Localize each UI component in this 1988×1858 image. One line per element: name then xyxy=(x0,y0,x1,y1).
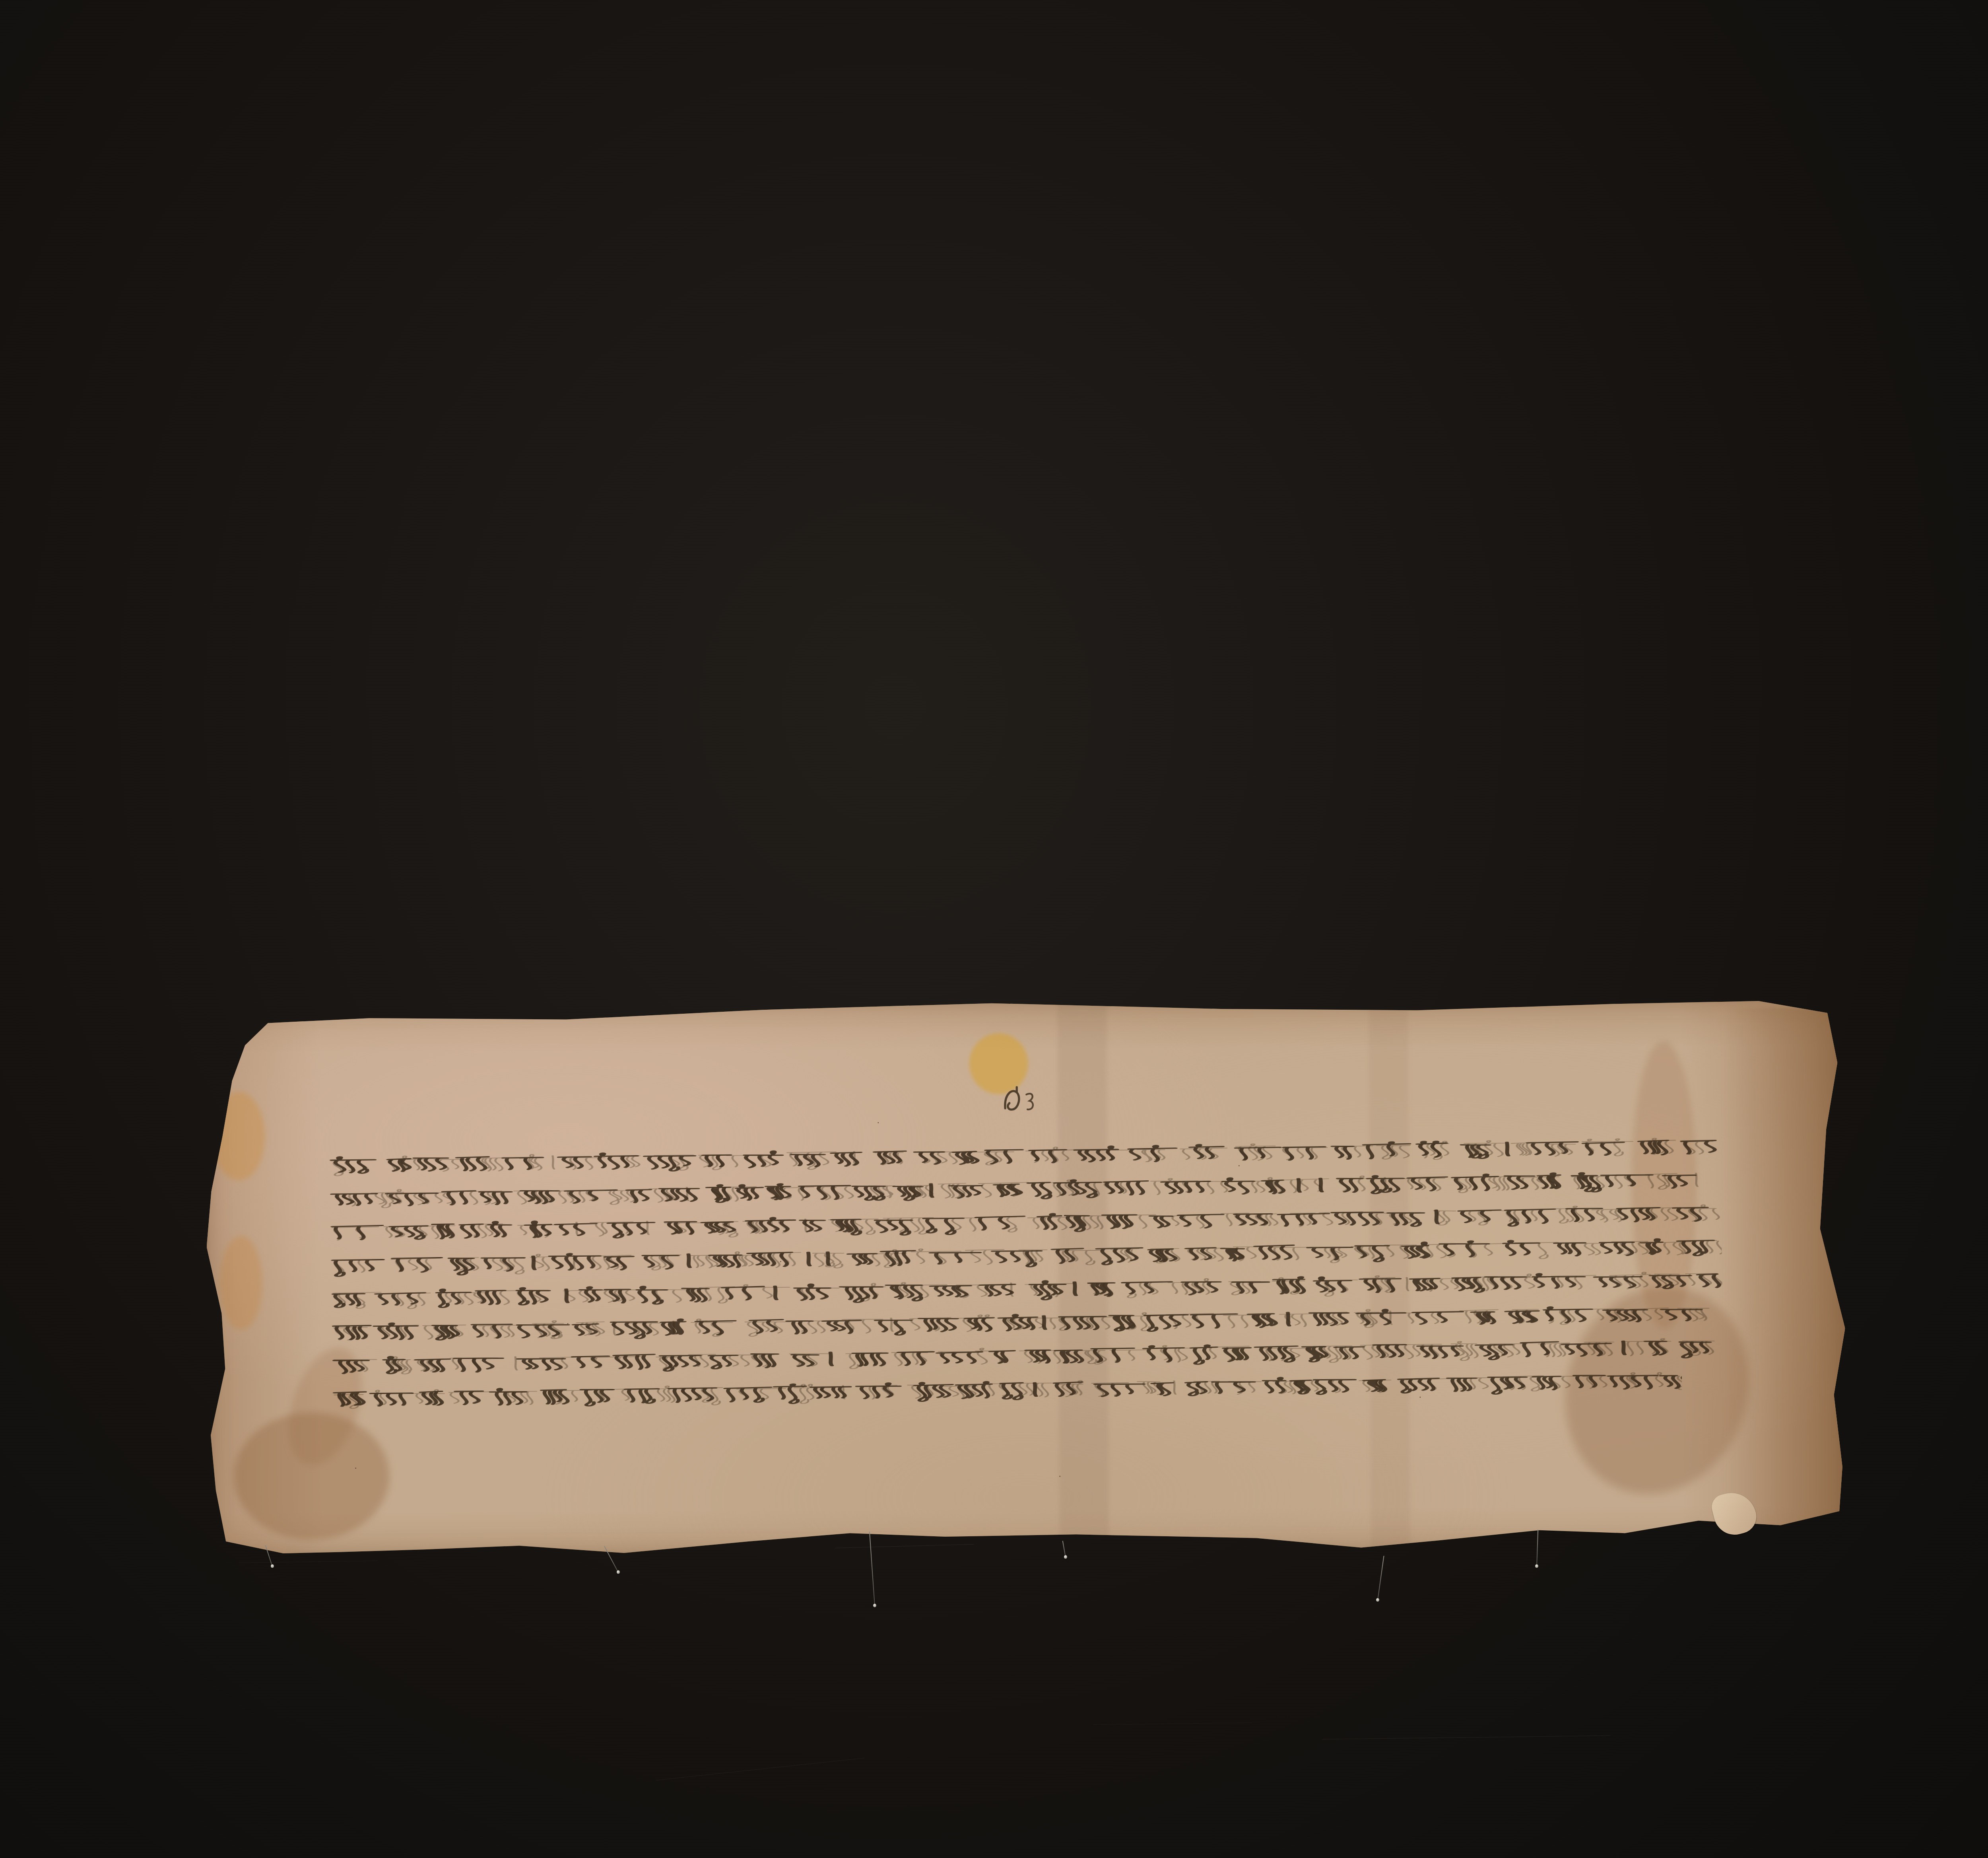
manuscript-leaf xyxy=(206,996,1846,1557)
pin-head xyxy=(1535,1565,1538,1568)
metal-pin xyxy=(1064,1555,1068,1559)
paper-speck xyxy=(1238,1165,1239,1166)
black-felt-board xyxy=(0,0,1988,1858)
paper-speck xyxy=(355,1467,356,1469)
metal-pin xyxy=(616,1570,620,1574)
paper-speck xyxy=(878,1122,879,1123)
metal-pin xyxy=(270,1564,274,1568)
pin-head xyxy=(873,1603,876,1607)
text-block xyxy=(203,981,1848,1558)
pin-head xyxy=(1064,1555,1067,1559)
pin-head xyxy=(1376,1598,1379,1601)
metal-pin xyxy=(1376,1598,1380,1602)
paper-speck xyxy=(780,1261,781,1262)
metal-pin xyxy=(873,1603,877,1607)
metal-pin xyxy=(1535,1564,1539,1568)
pin-head xyxy=(271,1565,274,1568)
pin-head xyxy=(617,1570,620,1574)
photograph-stage xyxy=(0,0,1988,1858)
paper-speck xyxy=(1419,1397,1421,1398)
